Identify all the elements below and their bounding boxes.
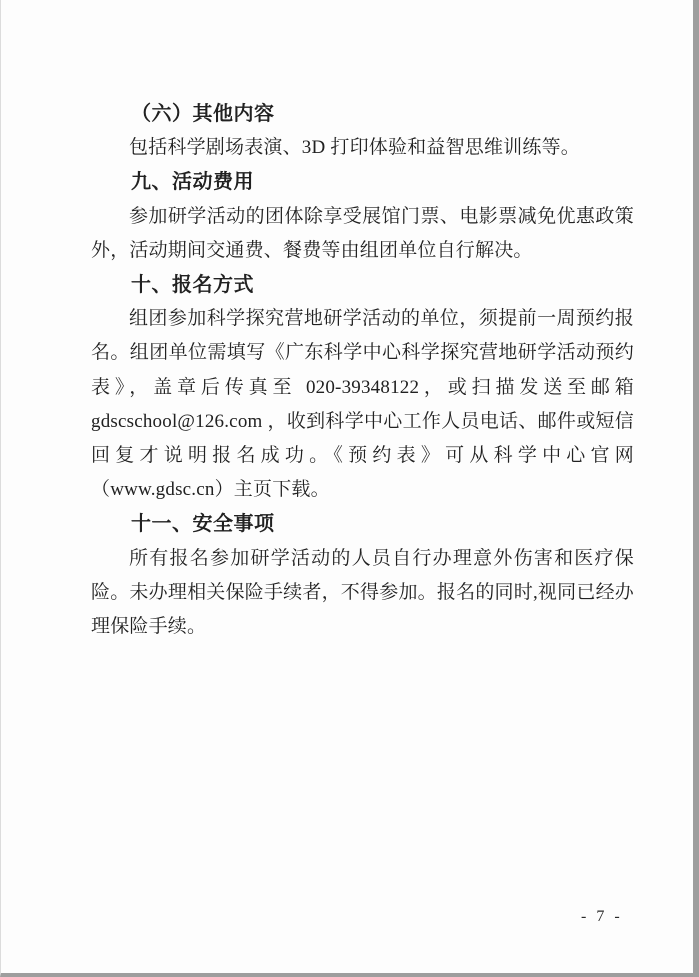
document-body: （六）其他内容 包括科学剧场表演、3D 打印体验和益智思维训练等。 九、活动费用… xyxy=(91,97,634,644)
section-heading-activity-fees: 九、活动费用 xyxy=(91,165,634,199)
page-number: - 7 - xyxy=(581,908,623,926)
section-heading-safety: 十一、安全事项 xyxy=(91,507,634,541)
paragraph-registration: 组团参加科学探究营地研学活动的单位，须提前一周预约报名。组团单位需填写《广东科学… xyxy=(91,302,634,507)
paragraph-safety: 所有报名参加研学活动的人员自行办理意外伤害和医疗保险。未办理相关保险手续者，不得… xyxy=(91,542,634,645)
paragraph-activity-fees: 参加研学活动的团体除享受展馆门票、电影票减免优惠政策外，活动期间交通费、餐费等由… xyxy=(91,200,634,268)
document-page: （六）其他内容 包括科学剧场表演、3D 打印体验和益智思维训练等。 九、活动费用… xyxy=(0,0,699,977)
section-heading-other-content: （六）其他内容 xyxy=(91,97,634,131)
section-heading-registration: 十、报名方式 xyxy=(91,268,634,302)
paragraph-other-content: 包括科学剧场表演、3D 打印体验和益智思维训练等。 xyxy=(91,131,634,165)
